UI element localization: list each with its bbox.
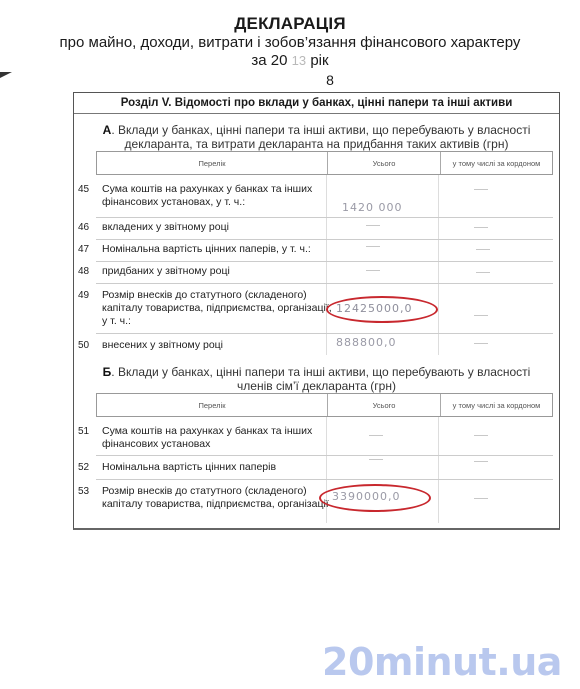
value-abroad-46	[474, 227, 488, 228]
column-header-total: Усього	[328, 394, 441, 416]
column-divider	[438, 417, 439, 523]
column-header-list: Перелік	[97, 152, 328, 174]
part-b-table-header: Перелік Усього у тому числі за кордоном	[96, 393, 553, 417]
value-abroad-49	[474, 315, 488, 316]
value-abroad-48	[476, 272, 490, 273]
value-total-53: 3390000,0	[332, 490, 401, 503]
column-header-abroad: у тому числі за кордоном	[441, 394, 552, 416]
watermark-logo: 20minut.ua	[322, 640, 562, 684]
value-total-51	[369, 435, 383, 436]
value-abroad-51	[474, 435, 488, 436]
column-divider	[438, 175, 439, 355]
value-total-49: 12425000,0	[336, 302, 412, 315]
part-a-table-header: Перелік Усього у тому числі за кордоном	[96, 151, 553, 175]
value-abroad-52	[474, 461, 488, 462]
value-abroad-45	[474, 189, 488, 190]
value-abroad-53	[474, 498, 488, 499]
column-header-list: Перелік	[97, 394, 328, 416]
part-b-heading: Б. Вклади у банках, цінні папери та інші…	[74, 365, 559, 379]
section-title: Розділ V. Відомості про вклади у банках,…	[74, 93, 559, 114]
value-abroad-47	[476, 249, 490, 250]
section-v-frame: Розділ V. Відомості про вклади у банках,…	[73, 92, 560, 530]
value-total-45: 1420 000	[342, 201, 403, 214]
scan-corner-mark	[0, 72, 12, 78]
column-header-abroad: у тому числі за кордоном	[441, 152, 552, 174]
column-divider	[326, 175, 327, 355]
document-year: за 20 13 рік	[0, 52, 580, 69]
value-total-52	[369, 459, 383, 460]
column-header-total: Усього	[328, 152, 441, 174]
page-number: 8	[40, 72, 580, 88]
document-subtitle: про майно, доходи, витрати і зобов’язанн…	[0, 34, 580, 51]
part-b-heading-line2: членів сім’ї декларанта (грн)	[74, 379, 559, 393]
value-total-46	[366, 225, 380, 226]
value-total-50: 888800,0	[336, 336, 397, 349]
value-total-47	[366, 246, 380, 247]
part-a-heading-line2: декларанта, та витрати декларанта на при…	[74, 137, 559, 151]
part-a-heading: А. Вклади у банках, цінні папери та інші…	[74, 123, 559, 137]
value-abroad-50	[474, 343, 488, 344]
year-handwritten: 13	[292, 53, 306, 68]
document-title: ДЕКЛАРАЦІЯ	[0, 14, 580, 34]
value-total-48	[366, 270, 380, 271]
